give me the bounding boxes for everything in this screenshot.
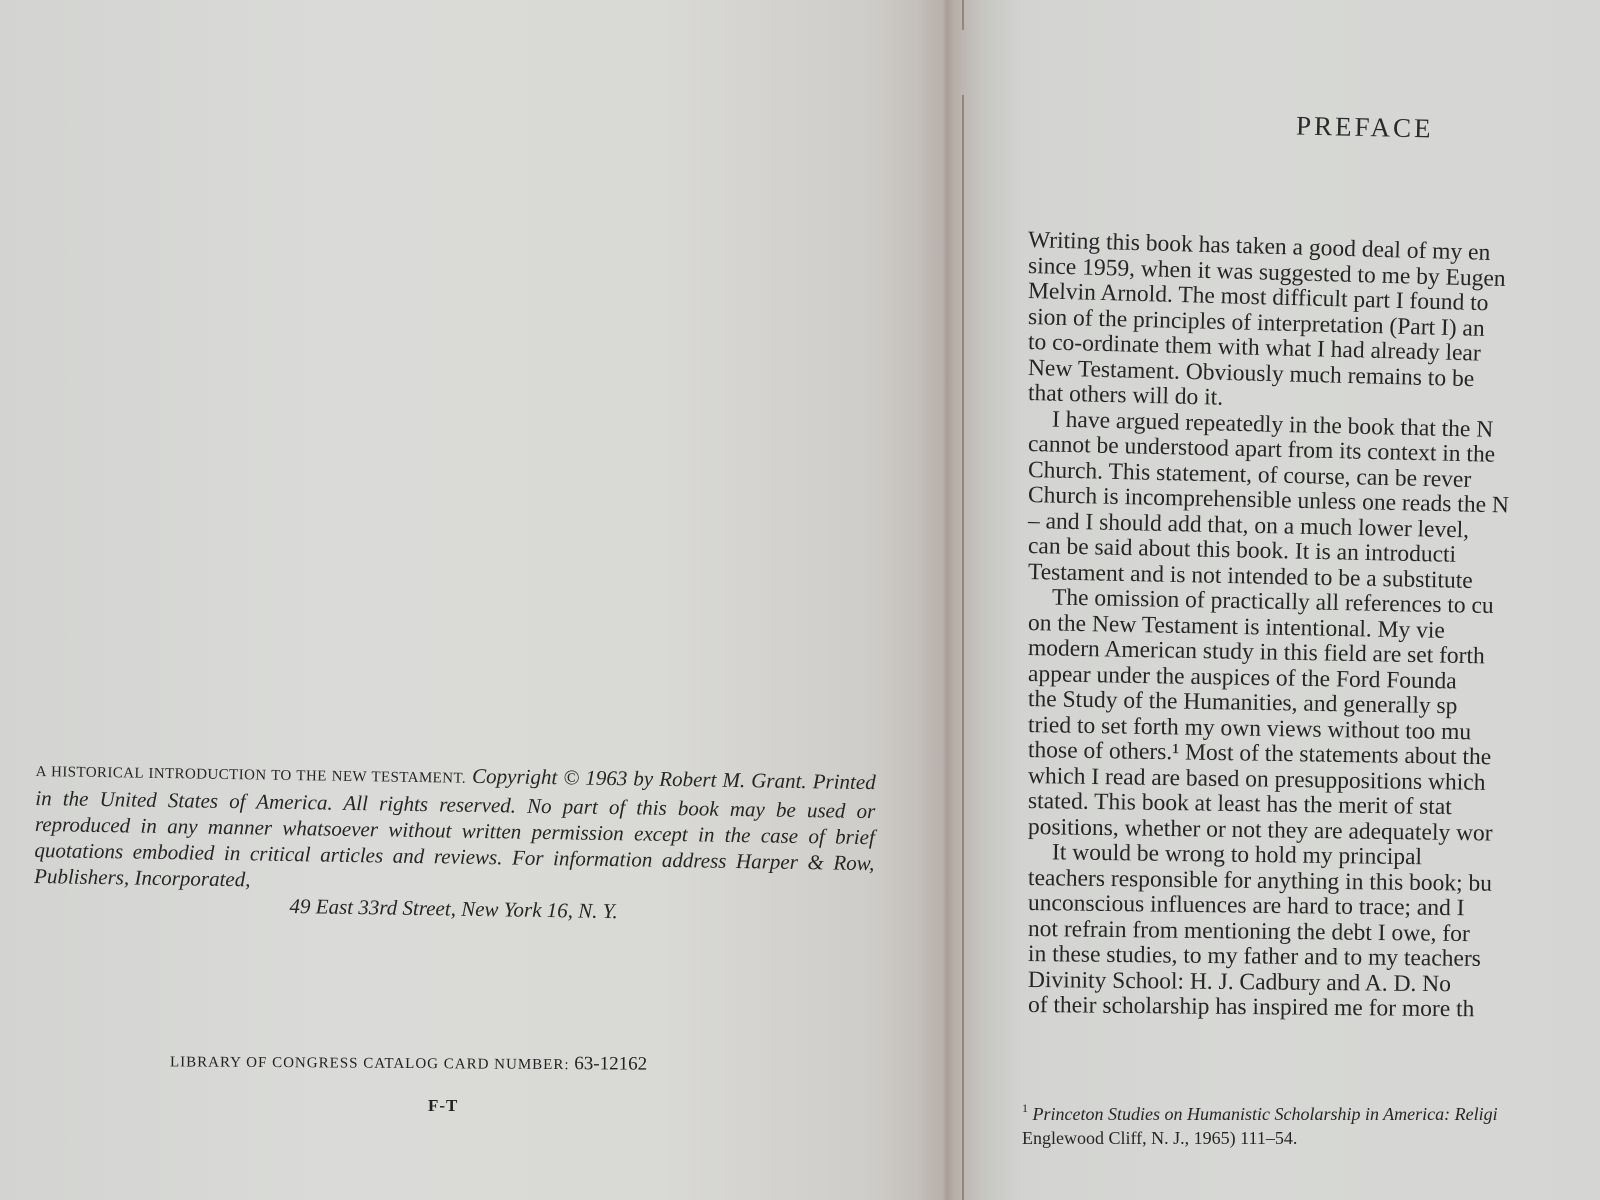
preface-body: Writing this book has taken a good deal … (1028, 228, 1600, 1019)
left-page: ​ A HISTORICAL INTRODUCTION TO THE NEW T… (0, 0, 945, 1200)
lccn-number: 63-12162 (574, 1053, 647, 1075)
footnote-citation: Princeton Studies on Humanistic Scholars… (1033, 1104, 1498, 1124)
publisher-address: 49 East 33rd Street, New York 16, N. Y. (34, 889, 874, 928)
footnote: 1 Princeton Studies on Humanistic Schola… (1022, 1102, 1600, 1150)
copyright-notice: A HISTORICAL INTRODUCTION TO THE NEW TES… (34, 756, 876, 928)
gutter-crease (962, 95, 964, 1200)
page-title: PREFACE (1296, 111, 1434, 145)
footnote-marker: 1 (1022, 1101, 1028, 1115)
gutter-crease (962, 0, 964, 30)
open-book-spread: ​ A HISTORICAL INTRODUCTION TO THE NEW T… (0, 0, 1600, 1200)
library-of-congress-number: LIBRARY OF CONGRESS CATALOG CARD NUMBER:… (170, 1050, 647, 1075)
footnote-continuation: Englewood Cliff, N. J., 1965) 111–54. (1022, 1126, 1600, 1150)
printing-code: F-T (428, 1096, 458, 1116)
book-title-smallcaps: A HISTORICAL INTRODUCTION TO THE NEW TES… (36, 764, 467, 787)
lccn-label: LIBRARY OF CONGRESS CATALOG CARD NUMBER: (170, 1054, 570, 1073)
